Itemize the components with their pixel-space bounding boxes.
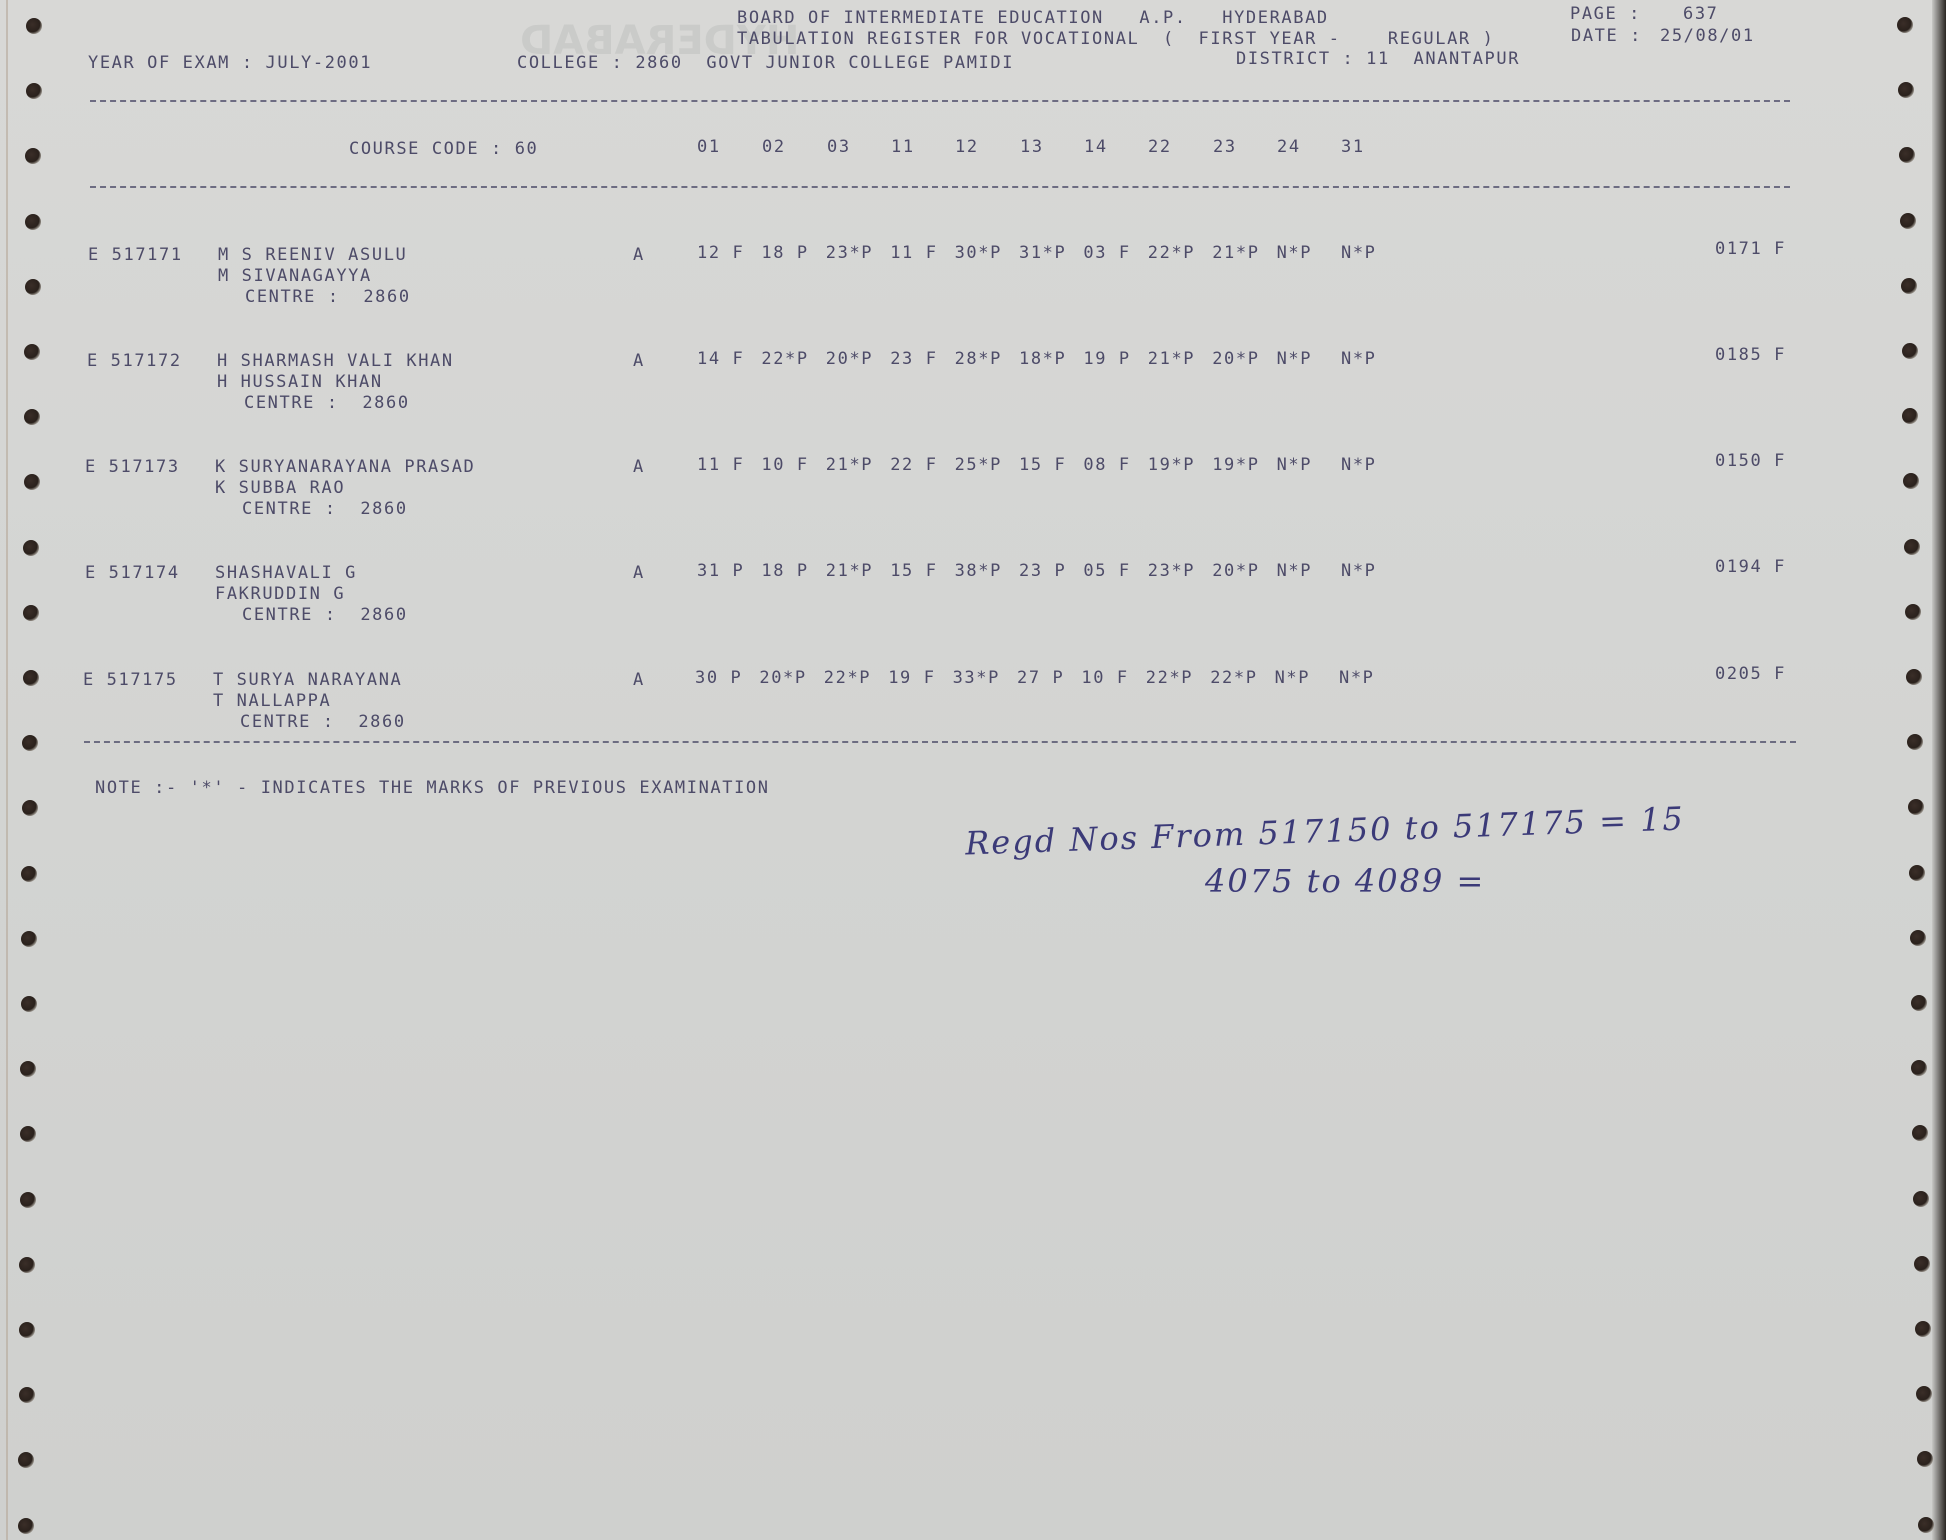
sprocket-hole-icon — [21, 931, 37, 947]
subject-mark: 11 F — [890, 243, 937, 263]
sprocket-hole-icon — [26, 18, 42, 34]
page-number: 637 — [1683, 4, 1719, 24]
handwritten-note-line1: Regd Nos From 517150 to 517175 = 15 — [965, 799, 1686, 862]
subject-mark: N*P — [1341, 455, 1377, 475]
sprocket-hole-icon — [1903, 473, 1919, 489]
year-of-exam: YEAR OF EXAM : JULY-2001 — [88, 53, 372, 73]
category: A — [633, 245, 645, 265]
subject-mark: 27 P — [1017, 668, 1064, 688]
subject-mark: 22*P — [761, 349, 808, 369]
subject-mark: 20*P — [1212, 349, 1259, 369]
subject-mark: 21*P — [826, 561, 873, 581]
category: A — [633, 351, 645, 371]
sprocket-hole-icon — [21, 996, 37, 1012]
sprocket-hole-icon — [1911, 995, 1927, 1011]
subject-mark: N*P — [1277, 349, 1313, 369]
sprocket-hole-icon — [1907, 734, 1923, 750]
sprocket-hole-icon — [25, 214, 41, 230]
registration-number: E 517172 — [87, 351, 182, 371]
divider-top — [90, 100, 1790, 102]
total-result: 0150 F — [1715, 451, 1786, 471]
subject-mark: 22*P — [1146, 668, 1193, 688]
date-value: 25/08/01 — [1660, 26, 1755, 46]
paper-edge-right — [1932, 0, 1946, 1540]
sprocket-hole-icon — [22, 800, 38, 816]
subject-mark: 38*P — [955, 561, 1002, 581]
sprocket-hole-icon — [1902, 408, 1918, 424]
subject-mark: 31 P — [697, 561, 744, 581]
subject-mark: 03 F — [1083, 243, 1130, 263]
subject-mark: 15 F — [1019, 455, 1066, 475]
category: A — [633, 670, 645, 690]
subject-mark: 18 P — [761, 561, 808, 581]
total-result: 0194 F — [1715, 557, 1786, 577]
sprocket-hole-icon — [25, 148, 41, 164]
category: A — [633, 563, 645, 583]
footnote: NOTE :- '*' - INDICATES THE MARKS OF PRE… — [95, 778, 770, 798]
sprocket-hole-icon — [20, 1061, 36, 1077]
sprocket-hole-icon — [18, 1518, 34, 1534]
sprocket-hole-icon — [1917, 1451, 1933, 1467]
course-code: COURSE CODE : 60 — [349, 139, 538, 159]
sprocket-hole-icon — [1904, 539, 1920, 555]
sprocket-hole-icon — [24, 409, 40, 425]
subject-mark: 30*P — [955, 243, 1002, 263]
subject-code: 03 — [827, 137, 851, 157]
registration-number: E 517174 — [85, 563, 180, 583]
father-name: M SIVANAGAYYA — [218, 266, 372, 286]
subject-code: 23 — [1213, 137, 1237, 157]
subject-mark: 31*P — [1019, 243, 1066, 263]
subject-mark: 15 F — [890, 561, 937, 581]
total-result: 0185 F — [1715, 345, 1786, 365]
sprocket-hole-icon — [18, 1452, 34, 1468]
registration-number: E 517171 — [88, 245, 183, 265]
sprocket-hole-icon — [1899, 147, 1915, 163]
total-result: 0171 F — [1715, 239, 1786, 259]
category: A — [633, 457, 645, 477]
subject-mark: N*P — [1277, 455, 1313, 475]
subject-mark: 23*P — [1148, 561, 1195, 581]
sprocket-hole-icon — [22, 735, 38, 751]
tabulation-register-page: HYDERABAD BOARD OF INTERMEDIATE EDUCATIO… — [0, 0, 1946, 1540]
subject-code: 13 — [1020, 137, 1044, 157]
student-name: K SURYANARAYANA PRASAD — [215, 457, 475, 477]
register-title: TABULATION REGISTER FOR VOCATIONAL ( FIR… — [737, 29, 1494, 49]
exam-centre: CENTRE : 2860 — [240, 712, 406, 732]
subject-code: 24 — [1277, 137, 1301, 157]
college-info: COLLEGE : 2860 GOVT JUNIOR COLLEGE PAMID… — [517, 53, 1014, 73]
sprocket-hole-icon — [1916, 1386, 1932, 1402]
sprocket-hole-icon — [21, 866, 37, 882]
subject-mark: 33*P — [953, 668, 1000, 688]
sprocket-hole-icon — [1912, 1125, 1928, 1141]
divider-header — [90, 186, 1790, 188]
subject-mark: 19 P — [1083, 349, 1130, 369]
sprocket-hole-icon — [26, 83, 42, 99]
exam-centre: CENTRE : 2860 — [242, 499, 408, 519]
student-name: M S REENIV ASULU — [218, 245, 407, 265]
paper-edge-left — [6, 0, 8, 1540]
sprocket-hole-icon — [1897, 17, 1913, 33]
subject-mark: 12 F — [697, 243, 744, 263]
father-name: K SUBBA RAO — [215, 478, 345, 498]
sprocket-hole-icon — [1901, 278, 1917, 294]
subject-mark: 30 P — [695, 668, 742, 688]
exam-centre: CENTRE : 2860 — [244, 393, 410, 413]
subject-mark: N*P — [1277, 561, 1313, 581]
subject-mark: N*P — [1341, 349, 1377, 369]
subject-mark: N*P — [1339, 668, 1375, 688]
sprocket-hole-icon — [1913, 1191, 1929, 1207]
registration-number: E 517175 — [83, 670, 178, 690]
sprocket-hole-icon — [1911, 1060, 1927, 1076]
exam-centre: CENTRE : 2860 — [242, 605, 408, 625]
sprocket-hole-icon — [20, 1192, 36, 1208]
subject-code: 31 — [1341, 137, 1365, 157]
board-title: BOARD OF INTERMEDIATE EDUCATION A.P. HYD… — [737, 8, 1329, 28]
sprocket-hole-icon — [1900, 213, 1916, 229]
subject-mark: 20*P — [759, 668, 806, 688]
handwritten-note-line2: 4075 to 4089 = — [1205, 862, 1485, 900]
sprocket-hole-icon — [1905, 604, 1921, 620]
subject-mark: 22 F — [890, 455, 937, 475]
subject-mark: 23 P — [1019, 561, 1066, 581]
sprocket-hole-icon — [24, 474, 40, 490]
subject-mark: N*P — [1341, 561, 1377, 581]
subject-code: 01 — [697, 137, 721, 157]
subject-mark: 18*P — [1019, 349, 1066, 369]
sprocket-hole-icon — [1906, 669, 1922, 685]
father-name: T NALLAPPA — [213, 691, 331, 711]
subject-mark: 14 F — [697, 349, 744, 369]
sprocket-hole-icon — [1918, 1517, 1934, 1533]
subject-code: 12 — [955, 137, 979, 157]
sprocket-hole-icon — [19, 1257, 35, 1273]
subject-mark: 19 F — [888, 668, 935, 688]
subject-mark: 22*P — [1148, 243, 1195, 263]
subject-mark: N*P — [1277, 243, 1313, 263]
district-info: DISTRICT : 11 ANANTAPUR — [1236, 49, 1520, 69]
student-name: SHASHAVALI G — [215, 563, 357, 583]
subject-mark: 18 P — [761, 243, 808, 263]
subject-mark: 25*P — [955, 455, 1002, 475]
registration-number: E 517173 — [85, 457, 180, 477]
sprocket-hole-icon — [1910, 930, 1926, 946]
subject-mark: 19*P — [1148, 455, 1195, 475]
subject-code: 14 — [1084, 137, 1108, 157]
date-label: DATE : — [1571, 26, 1642, 46]
subject-mark: 22*P — [1210, 668, 1257, 688]
subject-mark: 23*P — [826, 243, 873, 263]
sprocket-hole-icon — [25, 279, 41, 295]
subject-mark: 21*P — [1148, 349, 1195, 369]
subject-mark: 23 F — [890, 349, 937, 369]
subject-mark: 19*P — [1212, 455, 1259, 475]
father-name: FAKRUDDIN G — [215, 584, 345, 604]
sprocket-hole-icon — [1902, 343, 1918, 359]
subject-mark: 28*P — [955, 349, 1002, 369]
subject-mark: 10 F — [1081, 668, 1128, 688]
sprocket-hole-icon — [1898, 82, 1914, 98]
subject-mark: 08 F — [1083, 455, 1130, 475]
sprocket-hole-icon — [1909, 865, 1925, 881]
subject-mark: N*P — [1275, 668, 1311, 688]
page-label: PAGE : — [1570, 4, 1641, 24]
subject-mark: 20*P — [1212, 561, 1259, 581]
sprocket-hole-icon — [23, 670, 39, 686]
subject-code: 02 — [762, 137, 786, 157]
subject-mark: 20*P — [826, 349, 873, 369]
student-name: H SHARMASH VALI KHAN — [217, 351, 454, 371]
total-result: 0205 F — [1715, 664, 1786, 684]
subject-mark: 10 F — [761, 455, 808, 475]
sprocket-hole-icon — [1908, 799, 1924, 815]
father-name: H HUSSAIN KHAN — [217, 372, 383, 392]
subject-mark: 05 F — [1083, 561, 1130, 581]
student-name: T SURYA NARAYANA — [213, 670, 402, 690]
subject-mark: 11 F — [697, 455, 744, 475]
subject-code: 22 — [1148, 137, 1172, 157]
sprocket-hole-icon — [23, 605, 39, 621]
sprocket-hole-icon — [23, 540, 39, 556]
sprocket-hole-icon — [1915, 1321, 1931, 1337]
sprocket-hole-icon — [24, 344, 40, 360]
sprocket-hole-icon — [19, 1387, 35, 1403]
subject-mark: 21*P — [1212, 243, 1259, 263]
subject-mark: 21*P — [826, 455, 873, 475]
subject-mark: N*P — [1341, 243, 1377, 263]
sprocket-hole-icon — [20, 1126, 36, 1142]
exam-centre: CENTRE : 2860 — [245, 287, 411, 307]
subject-code: 11 — [891, 137, 915, 157]
subject-mark: 22*P — [824, 668, 871, 688]
sprocket-hole-icon — [1914, 1256, 1930, 1272]
sprocket-hole-icon — [19, 1322, 35, 1338]
divider-bottom — [84, 741, 1796, 743]
